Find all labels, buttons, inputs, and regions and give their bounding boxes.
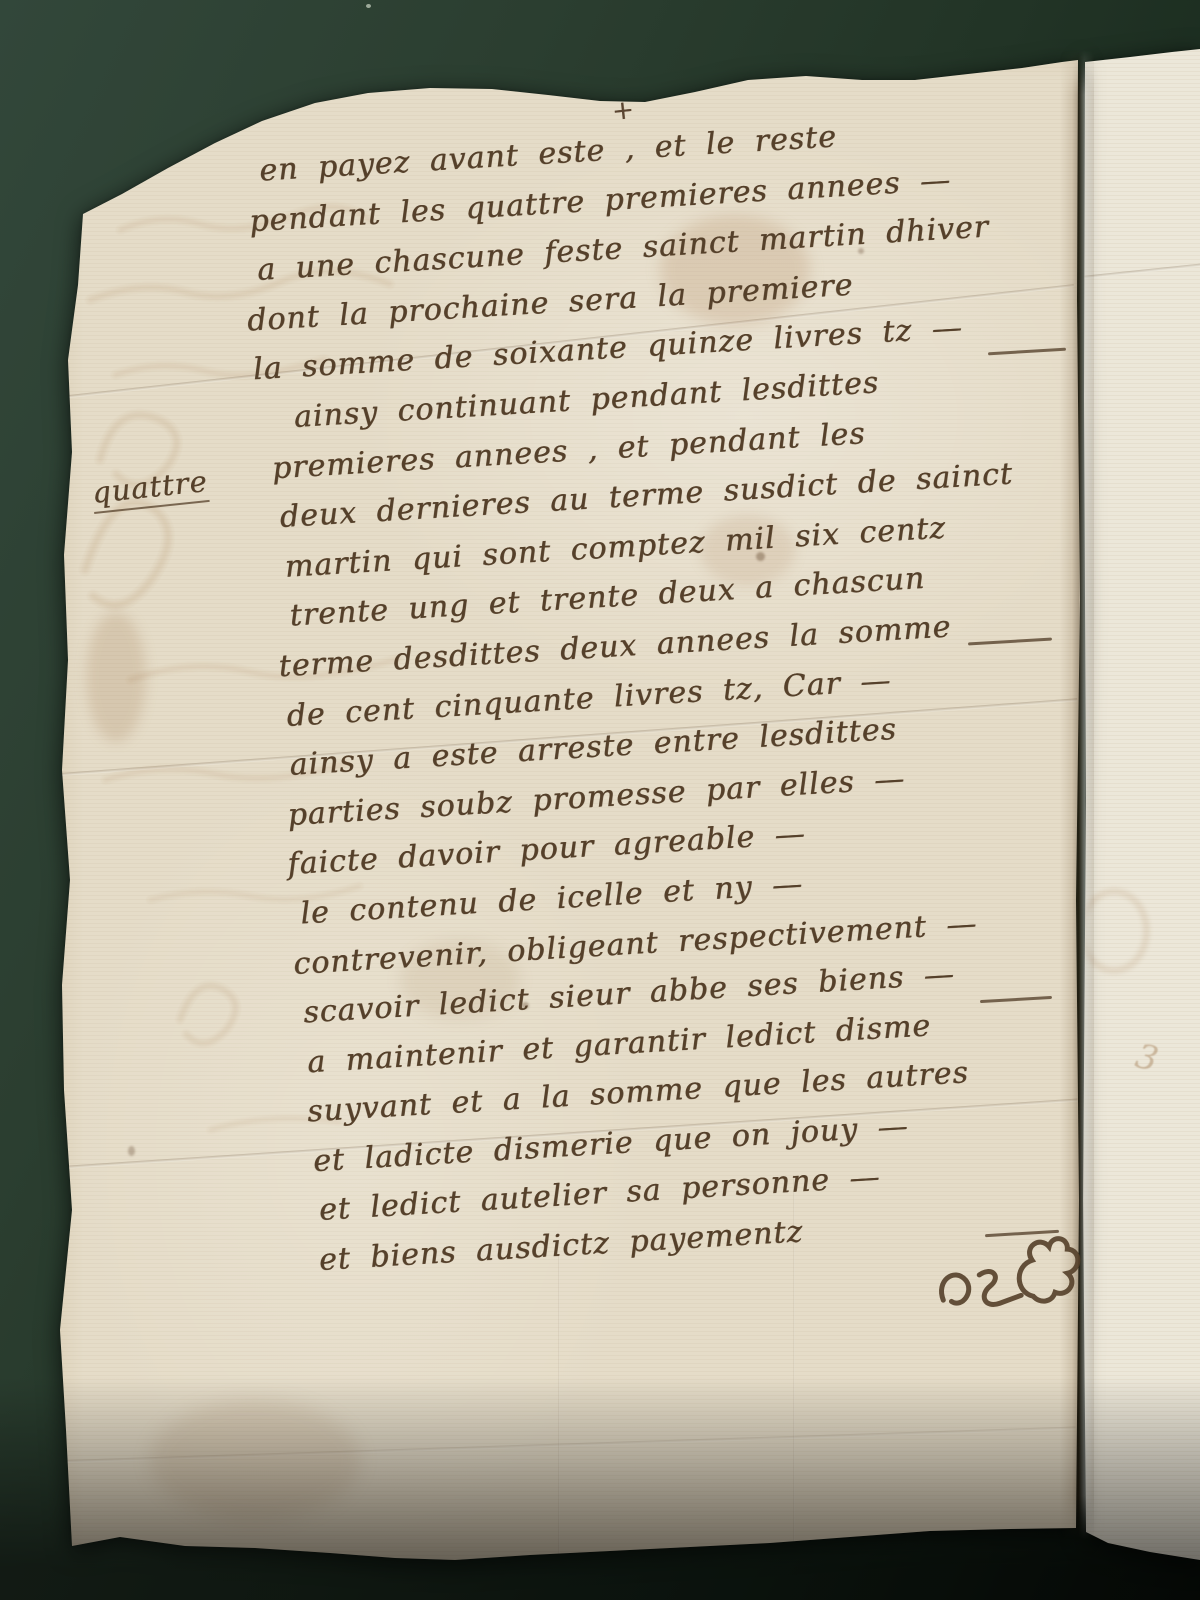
manuscript-text-block: en payez avant este , et le restependant…: [235, 97, 1161, 1287]
invocation-cross-mark: +: [610, 95, 635, 127]
paraph-flourish: [924, 1225, 1102, 1339]
photo-backdrop: + en payez avant este , et le restependa…: [0, 0, 1200, 1600]
fold-crease-vertical: [558, 1255, 560, 1555]
fold-crease: [66, 1427, 1076, 1463]
stain: [150, 1400, 360, 1520]
